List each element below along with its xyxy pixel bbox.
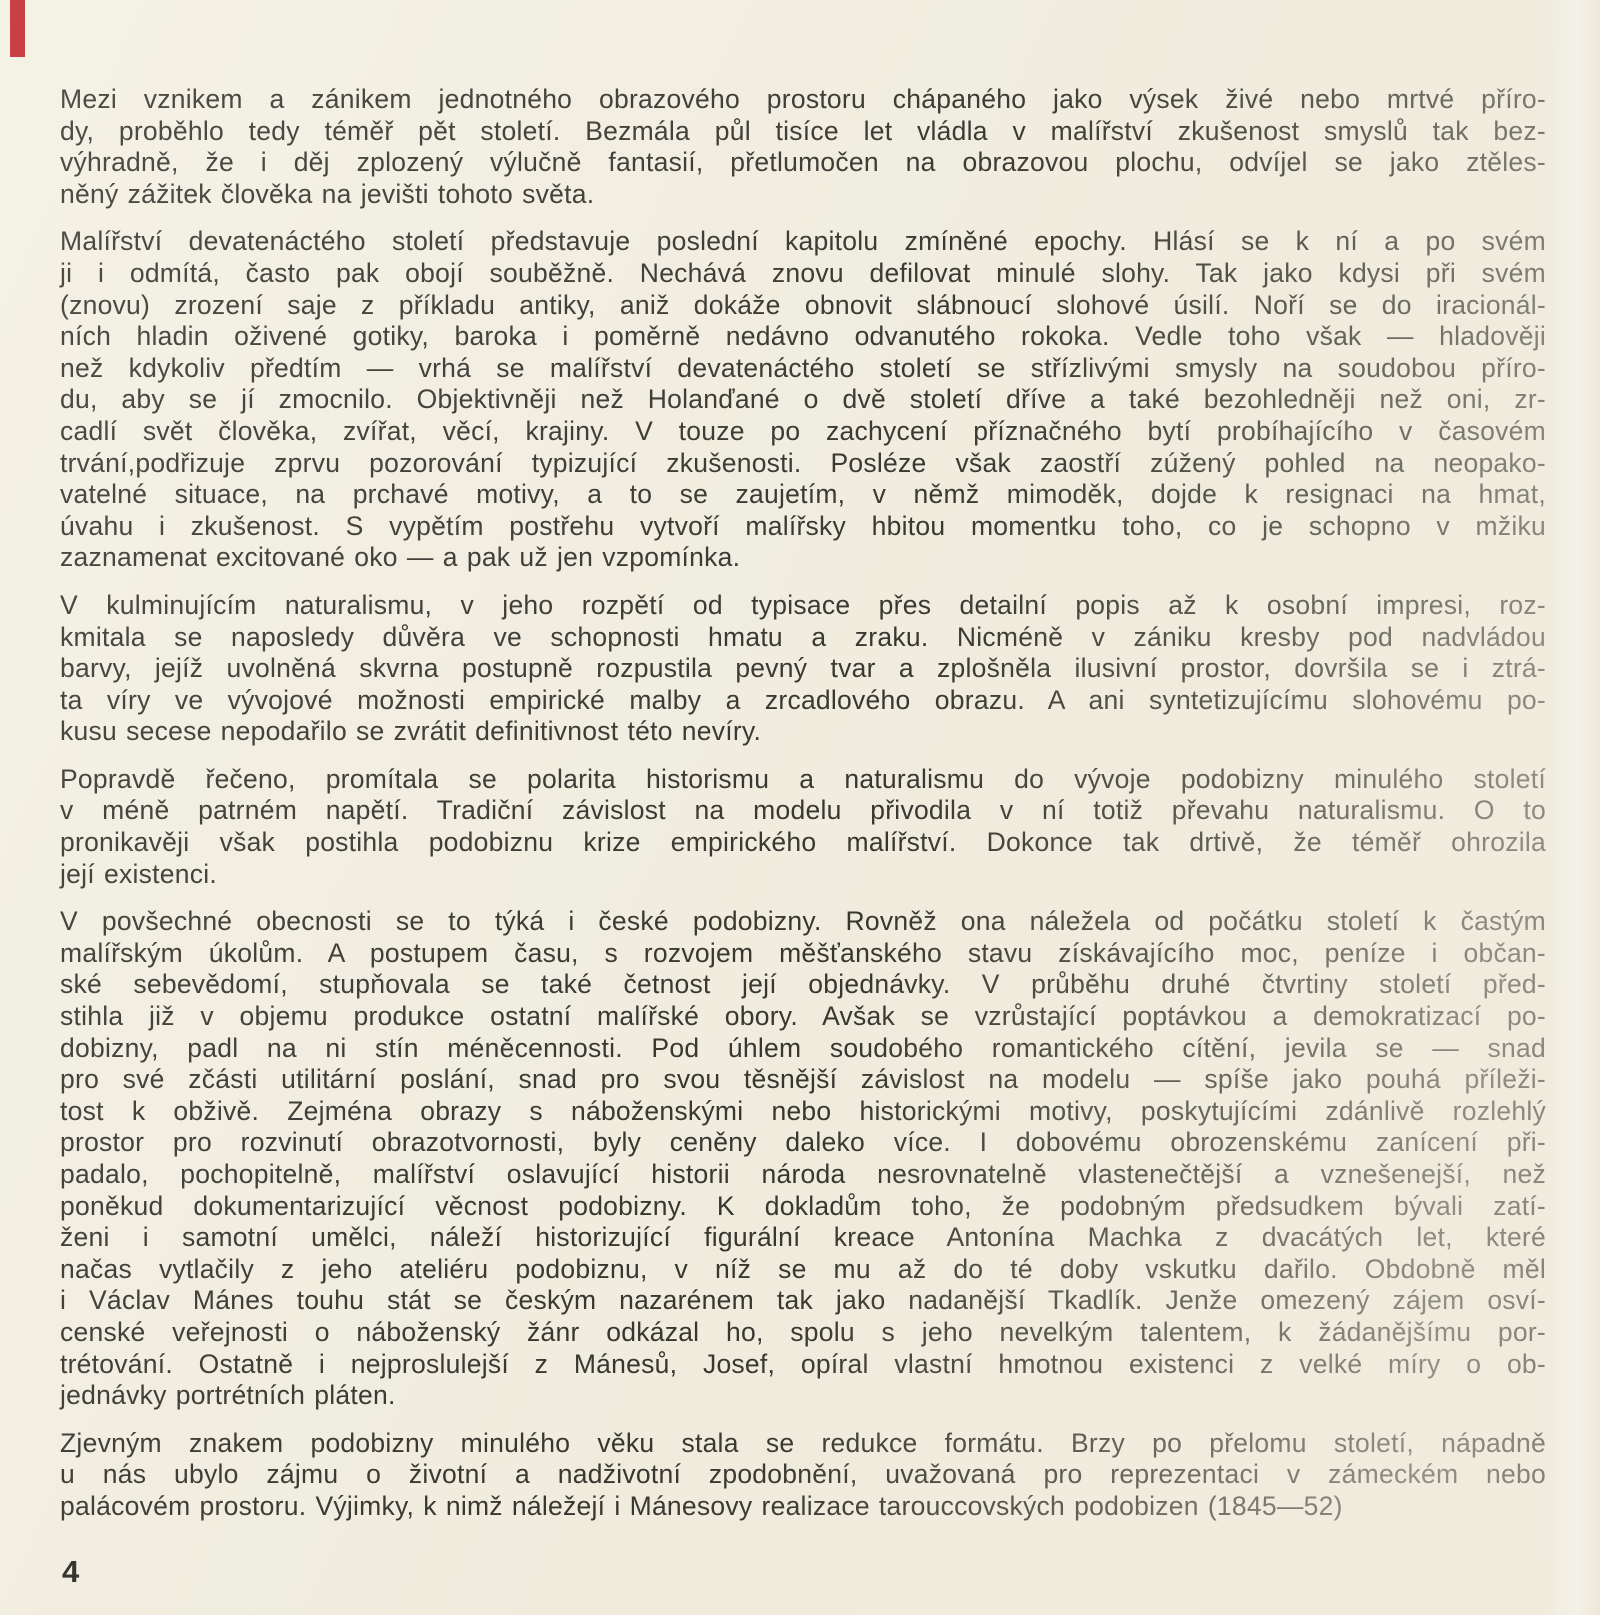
text-line: trétování. Ostatně i nejproslulejší z Má… — [60, 1349, 1546, 1381]
text-line: ních hladin oživené gotiky, baroka i pom… — [60, 321, 1546, 353]
text-line: jednávky portrétních pláten. — [60, 1380, 1546, 1412]
text-line: Mezi vznikem a zánikem jednotného obrazo… — [60, 84, 1546, 116]
text-line: načas vytlačily z jeho ateliéru podobizn… — [60, 1254, 1546, 1286]
text-line: ženi i samotní umělci, náleží historizuj… — [60, 1222, 1546, 1254]
text-line: (znovu) zrození saje z příkladu antiky, … — [60, 290, 1546, 322]
text-line: V kulminujícím naturalismu, v jeho rozpě… — [60, 590, 1546, 622]
paragraph: Mezi vznikem a zánikem jednotného obrazo… — [60, 84, 1546, 210]
text-line: Malířství devatenáctého století představ… — [60, 226, 1546, 258]
scanned-book-page: Mezi vznikem a zánikem jednotného obrazo… — [0, 0, 1600, 1615]
text-line: vatelné situace, na prchavé motivy, a to… — [60, 479, 1546, 511]
text-line: u nás ubylo zájmu o životní a nadživotní… — [60, 1459, 1546, 1491]
paragraph: V povšechné obecnosti se to týká i české… — [60, 906, 1546, 1412]
text-line: kusu secese nepodařilo se zvrátit defini… — [60, 716, 1546, 748]
red-ink-mark — [10, 0, 25, 57]
text-line: cadlí svět člověka, zvířat, věcí, krajin… — [60, 416, 1546, 448]
text-line: v méně patrném napětí. Tradiční závislos… — [60, 795, 1546, 827]
paragraph: Malířství devatenáctého století představ… — [60, 226, 1546, 574]
paragraph: Popravdě řečeno, promítala se polarita h… — [60, 764, 1546, 890]
text-line: pro své zčásti utilitární poslání, snad … — [60, 1064, 1546, 1096]
text-line: V povšechné obecnosti se to týká i české… — [60, 906, 1546, 938]
text-line: trvání,podřizuje zprvu pozorování typizu… — [60, 448, 1546, 480]
text-line: padalo, pochopitelně, malířství oslavují… — [60, 1159, 1546, 1191]
text-line: Zjevným znakem podobizny minulého věku s… — [60, 1428, 1546, 1460]
text-line: poněkud dokumentarizující věcnost podobi… — [60, 1191, 1546, 1223]
text-line: censké veřejnosti o náboženský žánr odká… — [60, 1317, 1546, 1349]
text-line: i Václav Mánes touhu stát se českým naza… — [60, 1285, 1546, 1317]
text-line: stihla již v objemu produkce ostatní mal… — [60, 1001, 1546, 1033]
text-line: něný zážitek člověka na jevišti tohoto s… — [60, 179, 1546, 211]
paragraph: Zjevným znakem podobizny minulého věku s… — [60, 1428, 1546, 1523]
text-line: barvy, jejíž uvolněná skvrna postupně ro… — [60, 653, 1546, 685]
text-line: dobizny, padl na ni stín méněcennosti. P… — [60, 1033, 1546, 1065]
text-line: kmitala se naposledy důvěra ve schopnost… — [60, 622, 1546, 654]
text-line: výhradně, že i děj zplozený výlučně fant… — [60, 147, 1546, 179]
text-line: ta víry ve vývojové možnosti empirické m… — [60, 685, 1546, 717]
text-line: prostor pro rozvinutí obrazotvornosti, b… — [60, 1127, 1546, 1159]
text-line: Popravdě řečeno, promítala se polarita h… — [60, 764, 1546, 796]
text-line: její existenci. — [60, 859, 1546, 891]
text-line: tost k obživě. Zejména obrazy s nábožens… — [60, 1096, 1546, 1128]
body-text: Mezi vznikem a zánikem jednotného obrazo… — [60, 84, 1546, 1539]
paragraph: V kulminujícím naturalismu, v jeho rozpě… — [60, 590, 1546, 748]
text-line: du, aby se jí zmocnilo. Objektivněji než… — [60, 384, 1546, 416]
page-number: 4 — [62, 1554, 80, 1590]
text-line: ské sebevědomí, stupňovala se také četno… — [60, 969, 1546, 1001]
text-line: zaznamenat excitované oko — a pak už jen… — [60, 542, 1546, 574]
text-line: malířským úkolům. A postupem času, s roz… — [60, 938, 1546, 970]
text-line: pronikavěji však postihla podobiznu kriz… — [60, 827, 1546, 859]
text-line: než kdykoliv předtím — vrhá se malířství… — [60, 353, 1546, 385]
text-line: palácovém prostoru. Výjimky, k nimž nále… — [60, 1491, 1546, 1523]
text-line: ji i odmítá, často pak obojí souběžně. N… — [60, 258, 1546, 290]
text-line: dy, proběhlo tedy téměř pět století. Bez… — [60, 116, 1546, 148]
text-line: úvahu i zkušenost. S vypětím postřehu vy… — [60, 511, 1546, 543]
